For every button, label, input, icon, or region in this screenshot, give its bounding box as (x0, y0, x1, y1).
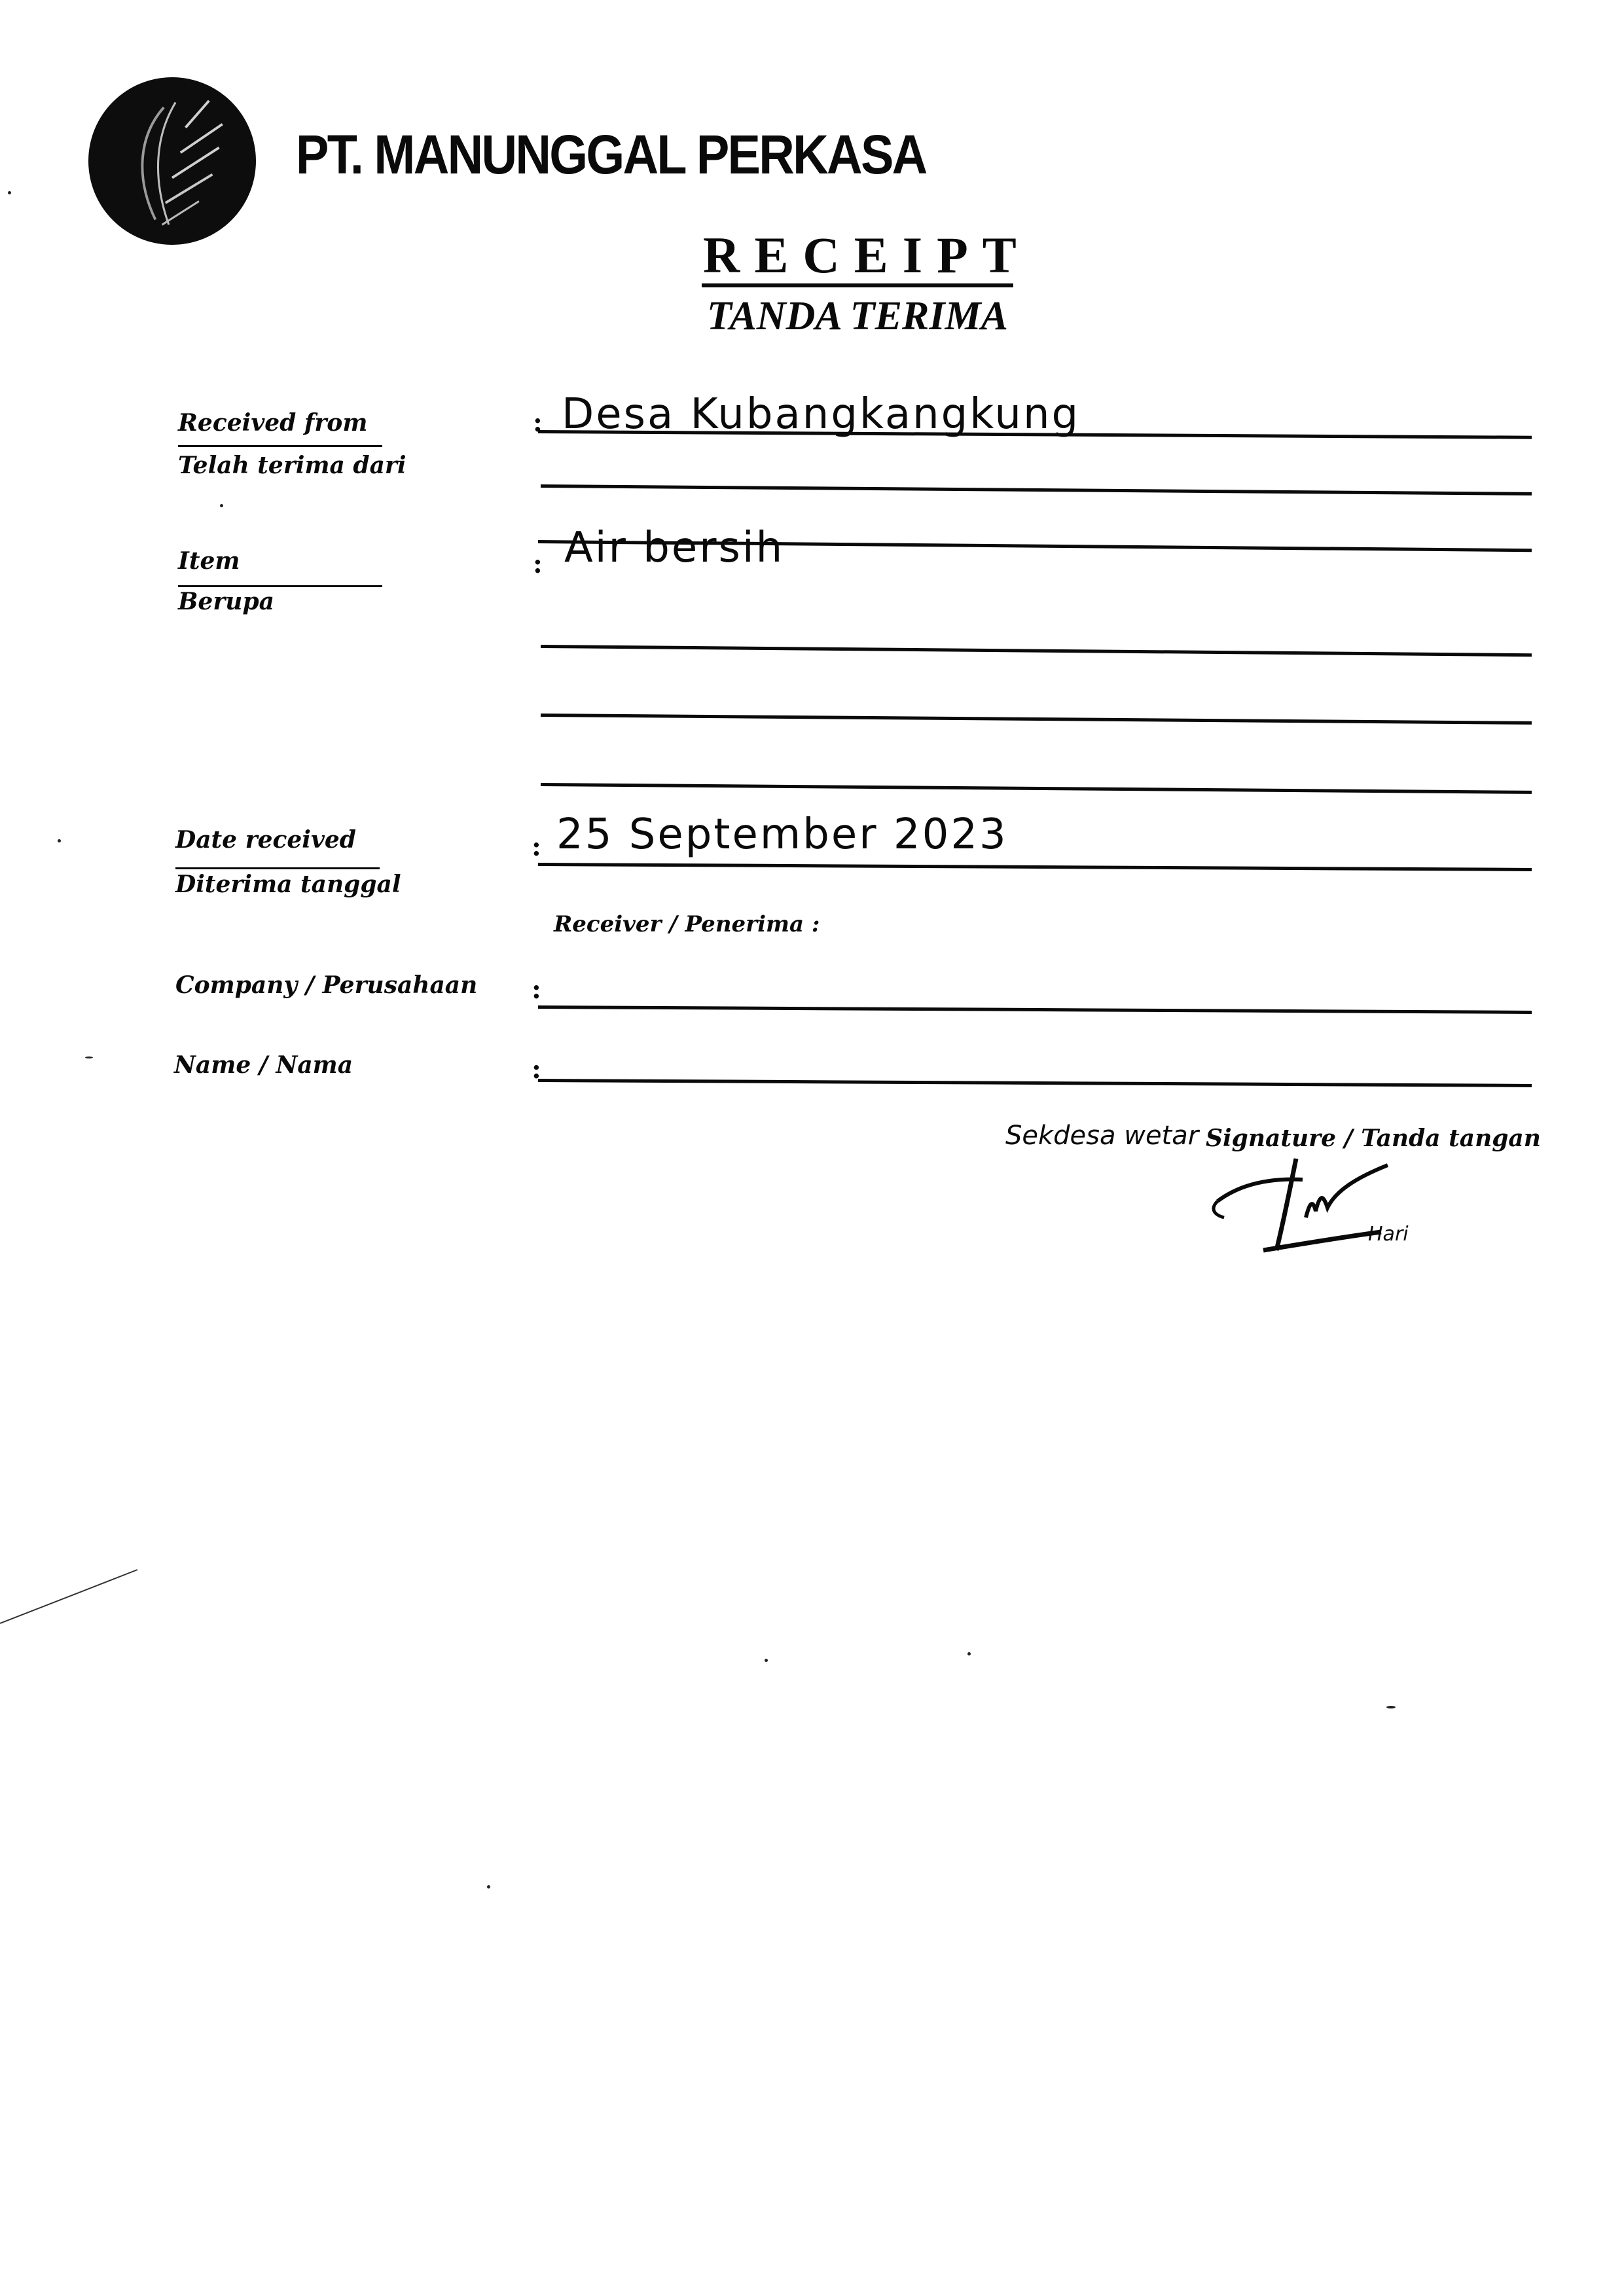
received-from-line-2 (541, 484, 1532, 496)
signature-scribble (1204, 1152, 1492, 1263)
company-name: PT. MANUNGGAL PERKASA (296, 123, 926, 187)
scan-speck (58, 839, 61, 842)
colon: : (532, 974, 541, 1005)
scan-artifact-line (0, 1558, 144, 1630)
signer-title-handwritten: Sekdesa wetar (1005, 1121, 1199, 1151)
item-line-3 (541, 714, 1532, 725)
item-label-en: Item (178, 547, 240, 575)
scan-speck (967, 1652, 971, 1655)
colon: : (533, 549, 543, 579)
name-label: Name / Nama (174, 1051, 353, 1079)
title-divider (702, 283, 1013, 287)
date-received-value[interactable]: 25 September 2023 (556, 810, 1008, 859)
scan-speck (220, 504, 223, 507)
receiver-heading: Receiver / Penerima : (554, 911, 820, 937)
company-logo (88, 77, 256, 245)
company-label: Company / Perusahaan (175, 971, 477, 999)
scan-speck (1386, 1706, 1396, 1708)
company-line (538, 1005, 1532, 1014)
wheat-emblem-icon (88, 77, 256, 245)
item-line-4 (541, 783, 1532, 794)
date-received-label-en: Date received (175, 826, 356, 854)
name-field[interactable] (541, 1054, 1523, 1080)
signer-name: Hari (1368, 1223, 1409, 1246)
company-field[interactable] (541, 975, 1523, 1002)
label-divider (178, 585, 382, 587)
label-divider (178, 445, 382, 447)
date-received-label-id: Diterima tanggal (175, 871, 401, 898)
scan-speck (487, 1885, 490, 1888)
item-value[interactable]: Air bersih (564, 524, 784, 572)
item-label-id: Berupa (178, 588, 274, 615)
date-received-line (538, 863, 1532, 871)
scan-speck (85, 1057, 93, 1058)
signature-label: Signature / Tanda tangan (1206, 1125, 1541, 1152)
received-from-label-id: Telah terima dari (178, 452, 406, 479)
colon: : (532, 831, 541, 862)
received-from-label-en: Received from (178, 409, 367, 437)
document-title: RECEIPT (703, 226, 1031, 285)
item-line-2 (541, 645, 1532, 657)
scan-speck (765, 1659, 768, 1662)
document-subtitle: TANDA TERIMA (707, 293, 1008, 340)
label-divider (175, 867, 380, 869)
scan-speck (8, 191, 11, 194)
